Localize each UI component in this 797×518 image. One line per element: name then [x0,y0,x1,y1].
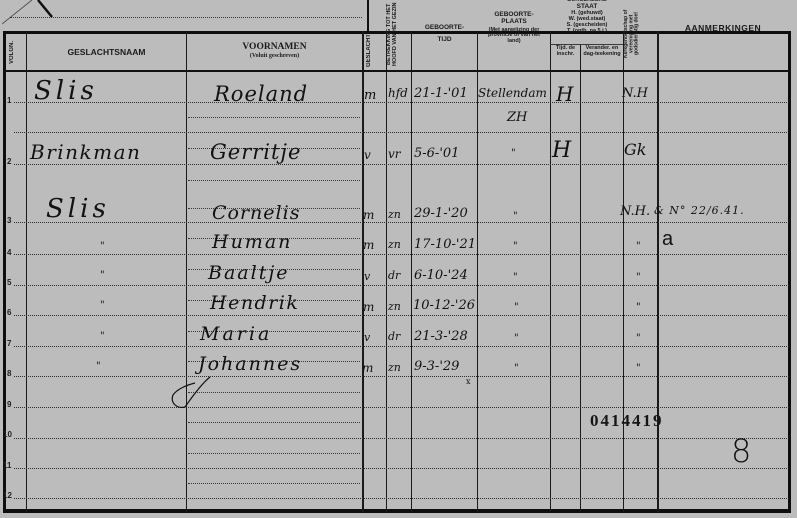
relation-cell: dr [388,330,400,343]
birth-date-cell: 17-10-'21 [414,237,476,252]
sex-cell: m [363,208,374,222]
row-rule [14,132,789,133]
row-number: 12 [3,491,12,500]
header-bs-verander: Verander. en dag-teekening [581,46,623,58]
row-number: 6 [7,308,11,317]
col-divider [580,44,581,512]
church-cell: Gk [624,140,646,159]
registration-stamp-number: 0414419 [590,411,664,431]
header-geslachtsnaam: GESLACHTSNAAM [27,48,186,57]
church-ditto: " [636,272,641,283]
surname-ditto: " [100,270,105,281]
surname-ditto: " [100,300,105,311]
header-bs-tijd: Tijd. de inschr. [551,46,580,58]
header-bottom-rule [4,70,791,72]
civil-status-cell: H [552,138,571,163]
sex-cell: v [364,270,370,283]
header-geboorteplaats-2: PLAATS [478,19,550,26]
header-voornamen-title: VOORNAMEN [187,43,362,53]
header-geslacht: GESLACHT [366,34,382,68]
row-rule [14,315,789,316]
birth-date-cell: 9-3-'29 [414,359,459,374]
col-divider [477,31,478,512]
row-number: 11 [3,461,11,470]
birth-date-cell: 10-12-'26 [413,298,475,313]
sex-cell: m [362,361,373,375]
name-sub-rule [188,180,360,181]
name-sub-rule [188,483,360,484]
top-dotted-rule [10,17,362,18]
row-number: 5 [7,278,11,287]
header-voornamen-sub: (Voluit geschreven) [187,53,362,59]
birth-place-cell: " [514,333,519,344]
col-divider [411,31,412,512]
pen-flourish [165,375,215,410]
row-number: 9 [7,400,11,409]
row-number: 8 [7,369,11,378]
birth-place-cell: " [511,148,516,159]
given-name-cell: Johannes [198,353,302,375]
surname-cell: Slis [34,76,98,106]
row-rule [14,222,789,223]
relation-cell: zn [388,208,401,221]
given-name-cell: Roeland [214,82,308,106]
relation-cell: zn [388,300,401,313]
surname-ditto: " [100,241,105,252]
birth-date-cell: 21-1-'01 [414,86,468,101]
surname-ditto: " [100,331,105,342]
row-number: 2 [7,157,11,166]
row-rule [14,346,789,347]
header-geboorteplaats-sub: (Met aanwijzing der provincie of van het… [478,28,550,45]
header-kerkgenootschap: Kerkgenootschap of vereeniging met godsd… [624,0,657,68]
name-sub-rule [188,117,360,118]
sex-cell: v [364,148,371,162]
church-ditto: " [636,241,641,252]
row-rule [14,376,789,377]
row-rule [14,407,789,408]
registration-card: VOLGN. GESLACHTSNAAM VOORNAMEN (Voluit g… [0,0,797,518]
top-box-edge [362,0,369,34]
header-bs-t: T. (ontb. na 5 j.) [551,28,623,34]
church-cell: N.H [622,86,648,101]
church-cell: N.H. [620,204,650,219]
birth-date-mark: x [466,377,471,386]
sex-cell: m [364,88,376,103]
row-rule [14,254,789,255]
given-name-cell: Hendrik [210,292,299,314]
header-geboortetijd: GEBOORTE- TIJD [412,22,477,47]
col-divider [26,31,27,512]
header-betrekking: BETREKKING TOT HET HOOFD VAN HET GEZIN [387,0,411,68]
sex-cell: v [364,331,370,344]
relation-cell: zn [388,238,401,251]
given-name-cell: Cornelis [212,202,300,224]
col-divider [386,31,387,512]
header-burgerlijke-staat: BURGERLIJKE STAAT H. (gehuwd) W. (wed.st… [551,0,623,34]
relation-cell: zn [388,361,401,374]
header-geboorteplaats: GEBOORTE- PLAATS (Met aanwijzing der pro… [478,12,550,45]
row-number: 7 [7,339,11,348]
birth-date-cell: 21-3-'28 [414,329,468,344]
birth-province-cell: ZH [507,110,527,125]
relation-cell: hfd [388,86,408,100]
row-number: 10 [3,430,12,439]
col-divider [657,31,659,512]
row-number: 1 [7,96,11,105]
relation-cell: vr [388,147,401,161]
given-name-cell: Maria [200,323,272,345]
row-rule [14,285,789,286]
birth-place-cell: " [513,272,518,283]
row-rule [14,164,789,165]
surname-cell: Slis [46,194,110,224]
remarks-cell: & N° 22/6.41. [654,204,745,217]
name-sub-rule [188,453,360,454]
remarks-cell: a [662,228,673,251]
birth-place-cell: " [514,302,519,313]
birth-date-cell: 5-6-'01 [414,146,459,161]
col-divider [186,31,187,512]
sex-cell: m [363,300,374,314]
relation-cell: dr [388,269,400,282]
birth-place-cell: " [513,211,518,222]
given-name-cell: Baaltje [208,262,289,284]
corner-stroke [2,0,62,26]
sex-cell: m [363,238,374,252]
church-ditto: " [636,302,641,313]
header-geboortetijd-1: GEBOORTE- [412,22,477,34]
birth-date-cell: 29-1-'20 [414,206,468,221]
birth-place-cell: " [513,241,518,252]
name-sub-rule [188,422,360,423]
row-rule [14,438,789,439]
surname-ditto: " [96,361,101,372]
header-volgnr: VOLGN. [9,38,23,66]
header-voornamen: VOORNAMEN (Voluit geschreven) [187,43,362,59]
sheet-number: 8 [731,432,751,470]
header-bs-2: STAAT [551,3,623,10]
given-name-cell: Human [212,231,292,253]
row-number: 3 [7,216,11,225]
church-ditto: " [636,363,641,374]
church-ditto: " [636,333,641,344]
col-divider [623,31,624,512]
given-name-cell: Gerritje [210,140,301,164]
row-rule [14,102,789,103]
birth-place-cell: " [514,363,519,374]
row-number: 4 [7,248,11,257]
header-geboortetijd-2: TIJD [412,34,477,46]
birth-date-cell: 6-10-'24 [414,268,468,283]
row-rule [14,468,789,469]
civil-status-cell: H [556,82,573,106]
birth-place-cell: Stellendam [478,86,547,100]
row-rule [14,498,789,499]
col-divider [550,31,551,512]
surname-cell: Brinkman [30,140,141,164]
header-aanmerkingen: AANMERKINGEN [658,24,788,33]
